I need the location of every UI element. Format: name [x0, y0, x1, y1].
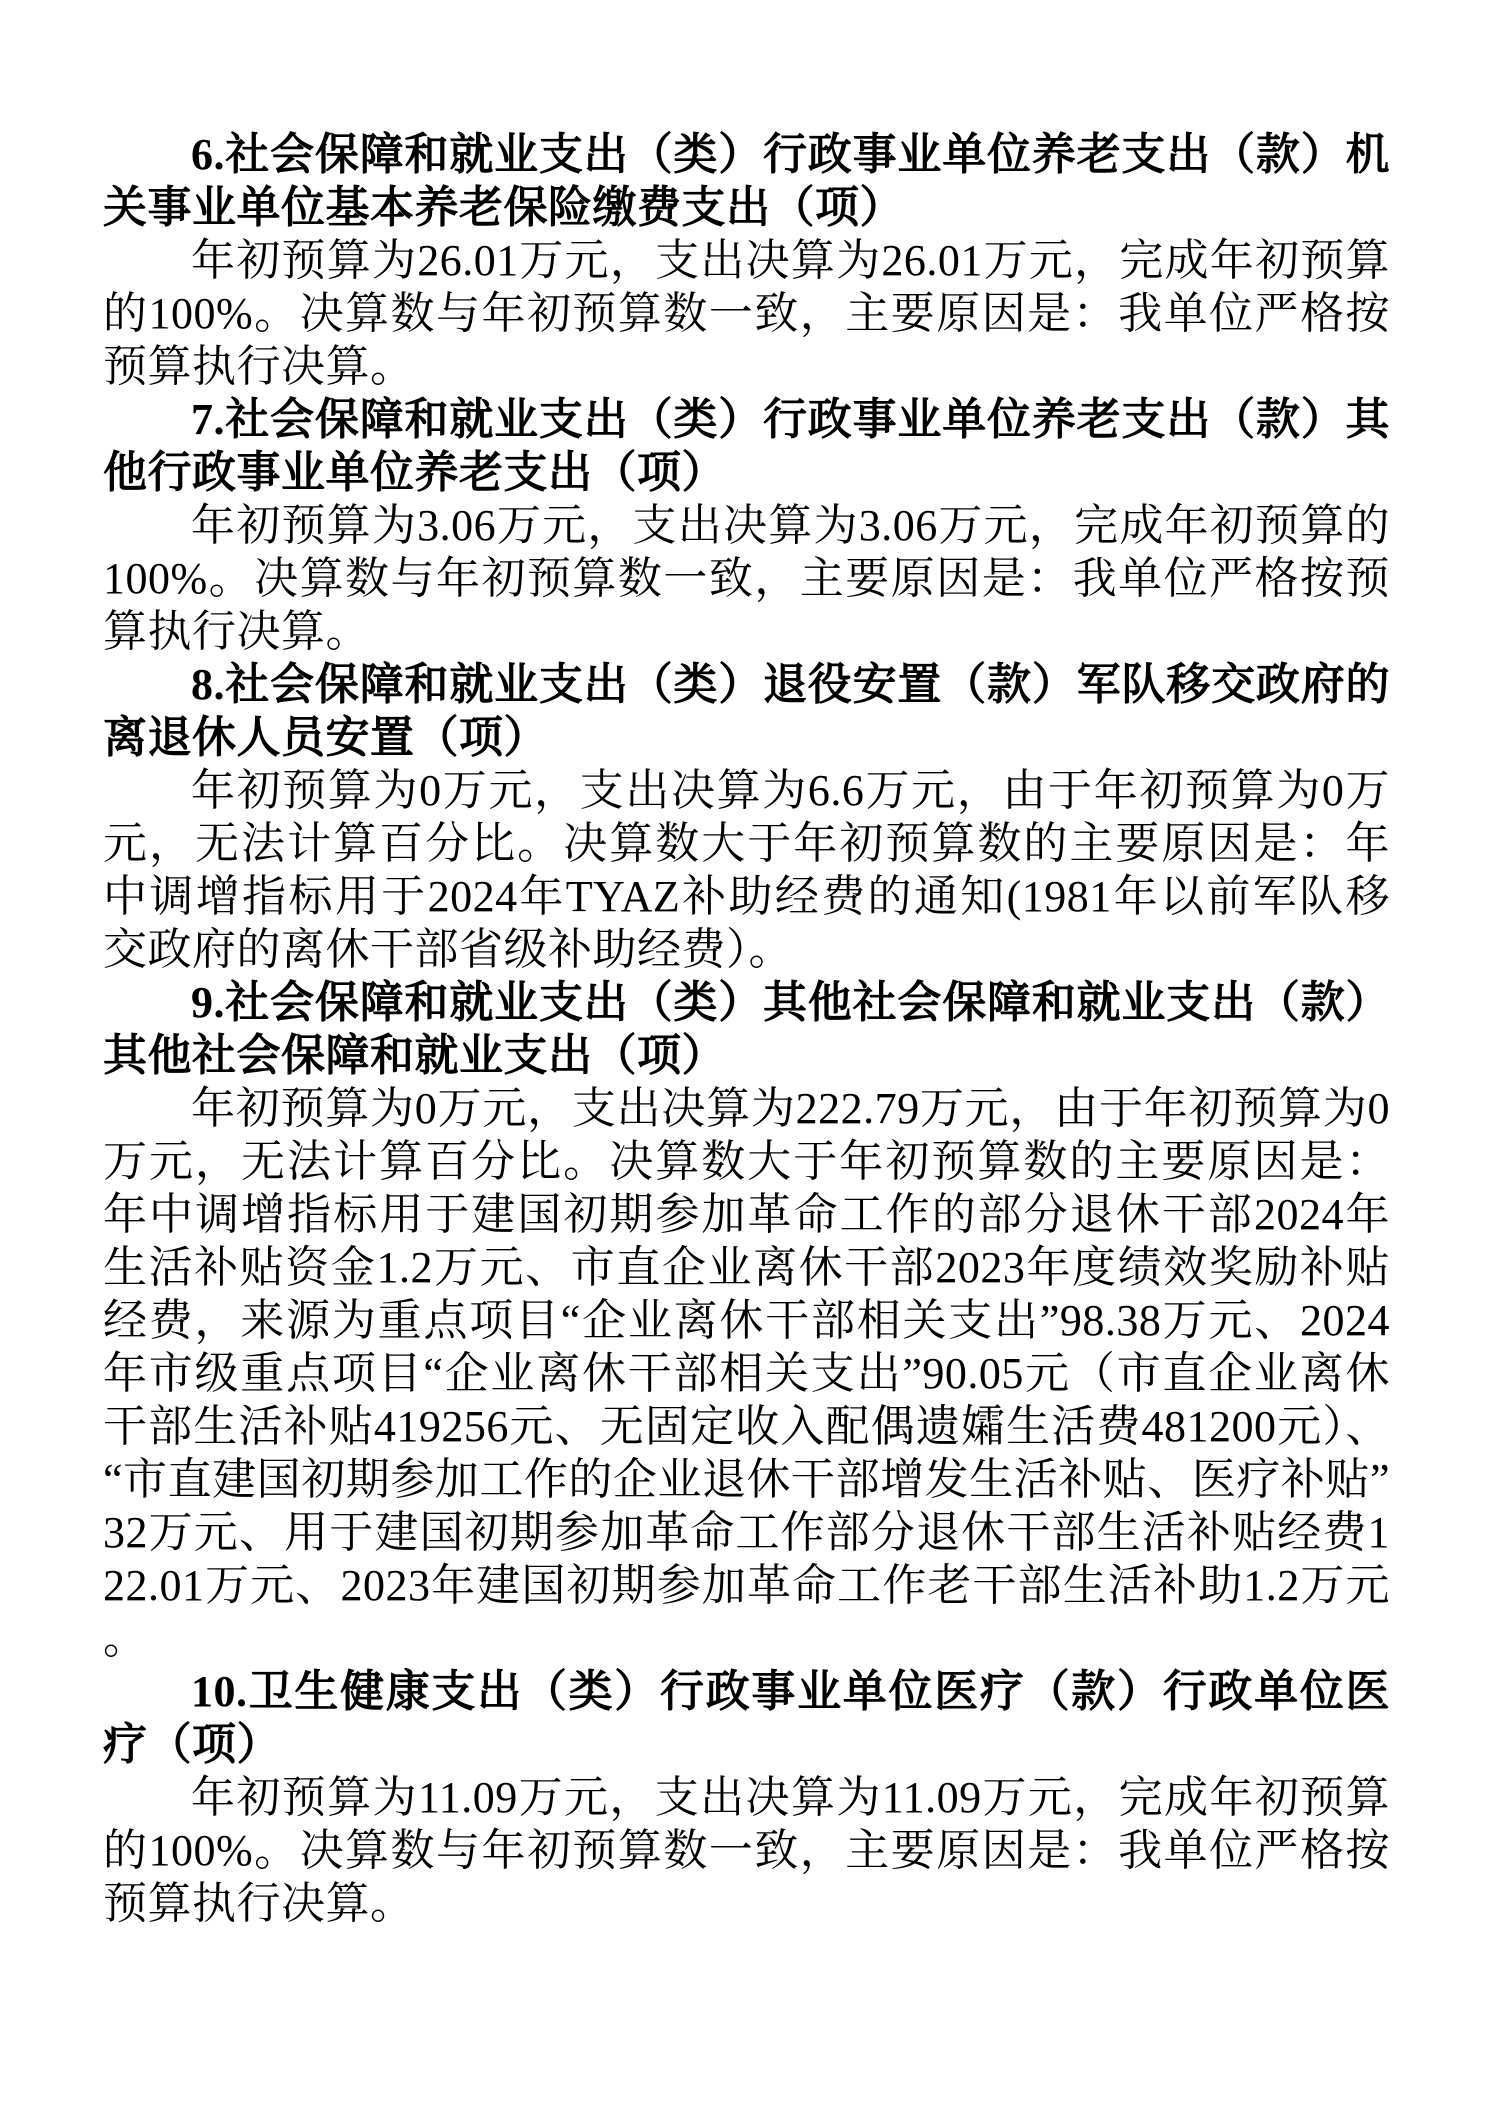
section-paragraph: 年初预算为3.06万元，支出决算为3.06万元，完成年初预算的100%。决算数与…	[103, 499, 1390, 658]
section-heading: 7.社会保障和就业支出（类）行政事业单位养老支出（款）其他行政事业单位养老支出（…	[103, 393, 1390, 499]
section-paragraph: 年初预算为26.01万元，支出决算为26.01万元，完成年初预算的100%。决算…	[103, 234, 1390, 393]
section-paragraph: 年初预算为0万元，支出决算为6.6万元，由于年初预算为0万元，无法计算百分比。决…	[103, 764, 1390, 976]
section-heading: 10.卫生健康支出（类）行政事业单位医疗（款）行政单位医疗（项）	[103, 1665, 1390, 1771]
section: 6.社会保障和就业支出（类）行政事业单位养老支出（款）机关事业单位基本养老保险缴…	[103, 128, 1390, 393]
section: 10.卫生健康支出（类）行政事业单位医疗（款）行政单位医疗（项） 年初预算为11…	[103, 1665, 1390, 1930]
document-content: 6.社会保障和就业支出（类）行政事业单位养老支出（款）机关事业单位基本养老保险缴…	[103, 128, 1390, 1930]
section-paragraph: 年初预算为11.09万元，支出决算为11.09万元，完成年初预算的100%。决算…	[103, 1771, 1390, 1930]
section: 9.社会保障和就业支出（类）其他社会保障和就业支出（款）其他社会保障和就业支出（…	[103, 976, 1390, 1665]
section-heading: 9.社会保障和就业支出（类）其他社会保障和就业支出（款）其他社会保障和就业支出（…	[103, 976, 1390, 1082]
section: 7.社会保障和就业支出（类）行政事业单位养老支出（款）其他行政事业单位养老支出（…	[103, 393, 1390, 658]
document-page: 6.社会保障和就业支出（类）行政事业单位养老支出（款）机关事业单位基本养老保险缴…	[0, 0, 1488, 2104]
section-heading: 8.社会保障和就业支出（类）退役安置（款）军队移交政府的离退休人员安置（项）	[103, 658, 1390, 764]
section-heading: 6.社会保障和就业支出（类）行政事业单位养老支出（款）机关事业单位基本养老保险缴…	[103, 128, 1390, 234]
section: 8.社会保障和就业支出（类）退役安置（款）军队移交政府的离退休人员安置（项） 年…	[103, 658, 1390, 976]
section-paragraph: 年初预算为0万元，支出决算为222.79万元，由于年初预算为0万元，无法计算百分…	[103, 1082, 1390, 1665]
